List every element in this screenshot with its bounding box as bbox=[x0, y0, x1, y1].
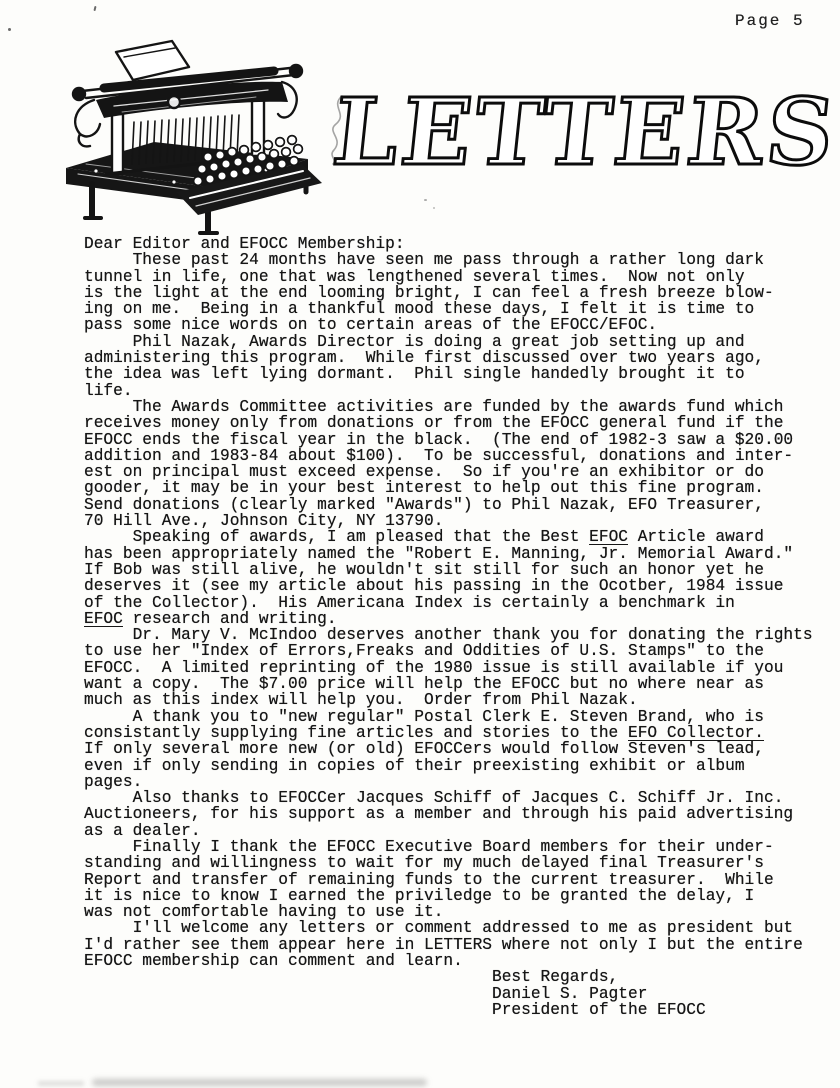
letter-line: Send donations (clearly marked "Awards")… bbox=[84, 497, 813, 513]
letter-line: Dr. Mary V. McIndoo deserves another tha… bbox=[84, 627, 813, 643]
letter-line: the idea was left lying dormant. Phil si… bbox=[84, 366, 813, 382]
letter-line: EFOCC membership can comment and learn. bbox=[84, 953, 813, 969]
letter-line: has been appropriately named the "Robert… bbox=[84, 546, 813, 562]
letter-line: receives money only from donations or fr… bbox=[84, 415, 813, 431]
letters-title: LETTERS: bbox=[322, 74, 838, 192]
letter-line: I'll welcome any letters or comment addr… bbox=[84, 920, 813, 936]
letter-line: as a dealer. bbox=[84, 823, 813, 839]
letter-line: President of the EFOCC bbox=[84, 1002, 813, 1018]
letter-line: Dear Editor and EFOCC Membership: bbox=[84, 236, 813, 252]
letter-line: These past 24 months have seen me pass t… bbox=[84, 252, 813, 268]
letter-line: A thank you to "new regular" Postal Cler… bbox=[84, 709, 813, 725]
letter-line: EFOCC ends the fiscal year in the black.… bbox=[84, 432, 813, 448]
letter-line: tunnel in life, one that was lengthened … bbox=[84, 269, 813, 285]
letter-line: Phil Nazak, Awards Director is doing a g… bbox=[84, 334, 813, 350]
letter-line: to use her "Index of Errors,Freaks and O… bbox=[84, 643, 813, 659]
letter-line: life. bbox=[84, 383, 813, 399]
letter-page: Page 5 bbox=[0, 0, 840, 1088]
letter-line: addition and 1983-84 about $100). To be … bbox=[84, 448, 813, 464]
letter-line: much as this index will help you. Order … bbox=[84, 692, 813, 708]
letter-line: Speaking of awards, I am pleased that th… bbox=[84, 529, 813, 545]
letters-title-text: LETTERS: bbox=[328, 77, 838, 186]
letter-line: administering this program. While first … bbox=[84, 350, 813, 366]
scan-speck bbox=[424, 199, 427, 201]
letter-line: deserves it (see my article about his pa… bbox=[84, 578, 813, 594]
letter-body: Dear Editor and EFOCC Membership: These … bbox=[84, 236, 813, 1018]
letter-line: gooder, it may be in your best interest … bbox=[84, 480, 813, 496]
letter-line: If Bob was still alive, he wouldn't sit … bbox=[84, 562, 813, 578]
letter-line: EFOCC. A limited reprinting of the 1980 … bbox=[84, 660, 813, 676]
letter-line: Report and transfer of remaining funds t… bbox=[84, 872, 813, 888]
letter-line: pass some nice words on to certain areas… bbox=[84, 317, 813, 333]
letter-line: is the light at the end looming bright, … bbox=[84, 285, 813, 301]
underlined-text: EFOC bbox=[589, 528, 628, 546]
scan-speck bbox=[8, 28, 11, 31]
scan-speck bbox=[433, 207, 435, 209]
masthead: LETTERS: bbox=[0, 0, 840, 235]
letter-line: Also thanks to EFOCCer Jacques Schiff of… bbox=[84, 790, 813, 806]
letter-line: standing and willingness to wait for my … bbox=[84, 855, 813, 871]
letter-line: it is nice to know I earned the priviled… bbox=[84, 888, 813, 904]
letter-line: Best Regards, bbox=[84, 969, 813, 985]
scan-smudge bbox=[38, 1081, 84, 1086]
letter-line: was not comfortable having to use it. bbox=[84, 904, 813, 920]
letter-line: of the Collector). His Americana Index i… bbox=[84, 595, 813, 611]
letter-line: Finally I thank the EFOCC Executive Boar… bbox=[84, 839, 813, 855]
letter-line: The Awards Committee activities are fund… bbox=[84, 399, 813, 415]
letter-line: even if only sending in copies of their … bbox=[84, 758, 813, 774]
letter-line: EFOC research and writing. bbox=[84, 611, 813, 627]
letter-line: I'd rather see them appear here in LETTE… bbox=[84, 937, 813, 953]
scan-smudge bbox=[92, 1079, 427, 1086]
letter-line: ing on me. Being in a thankful mood thes… bbox=[84, 301, 813, 317]
typewriter-illustration bbox=[56, 38, 340, 238]
letter-line: 70 Hill Ave., Johnson City, NY 13790. bbox=[84, 513, 813, 529]
underlined-text: EFO Collector. bbox=[628, 724, 764, 742]
letter-line: If only several more new (or old) EFOCCe… bbox=[84, 741, 813, 757]
underlined-text: EFOC bbox=[84, 610, 123, 628]
letter-line: want a copy. The $7.00 price will help t… bbox=[84, 676, 813, 692]
letter-line: consistantly supplying fine articles and… bbox=[84, 725, 813, 741]
letter-line: est on principal must exceed expense. So… bbox=[84, 464, 813, 480]
letter-line: pages. bbox=[84, 774, 813, 790]
letter-line: Auctioneers, for his support as a member… bbox=[84, 806, 813, 822]
letter-line: Daniel S. Pagter bbox=[84, 986, 813, 1002]
